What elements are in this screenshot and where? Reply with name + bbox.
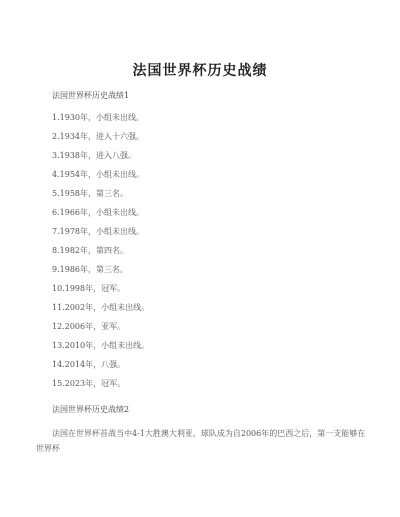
list-item: 15.2023年，冠军。	[52, 378, 125, 389]
list-item: 7.1978年，小组未出线。	[52, 226, 144, 237]
list-item: 5.1958年，第三名。	[52, 188, 128, 199]
list-item: 13.2010年，小组未出线。	[52, 340, 149, 351]
list-item: 4.1954年，小组未出线。	[52, 169, 144, 180]
list-item: 1.1930年，小组未出线。	[52, 112, 144, 123]
page-title: 法国世界杯历史战绩	[0, 60, 400, 80]
body-paragraph: 法国在世界杯首战当中4-1大胜澳大利亚，球队成为自2006年的巴西之后，第一支能…	[36, 426, 366, 456]
section-heading-1: 法国世界杯历史战绩1	[52, 90, 129, 101]
list-item: 8.1982年，第四名。	[52, 245, 128, 256]
document-page: 法国世界杯历史战绩 法国世界杯历史战绩1 1.1930年，小组未出线。 2.19…	[0, 0, 400, 517]
list-item: 11.2002年，小组未出线。	[52, 302, 149, 313]
list-item: 3.1938年，进入八强。	[52, 150, 136, 161]
list-item: 2.1934年，进入十六强。	[52, 131, 144, 142]
list-item: 14.2014年，八强。	[52, 359, 125, 370]
list-item: 6.1966年，小组未出线。	[52, 207, 144, 218]
list-item: 12.2006年，亚军。	[52, 321, 125, 332]
list-item: 10.1998年，冠军。	[52, 283, 125, 294]
section-heading-2: 法国世界杯历史战绩2	[52, 404, 129, 415]
list-item: 9.1986年，第三名。	[52, 264, 128, 275]
